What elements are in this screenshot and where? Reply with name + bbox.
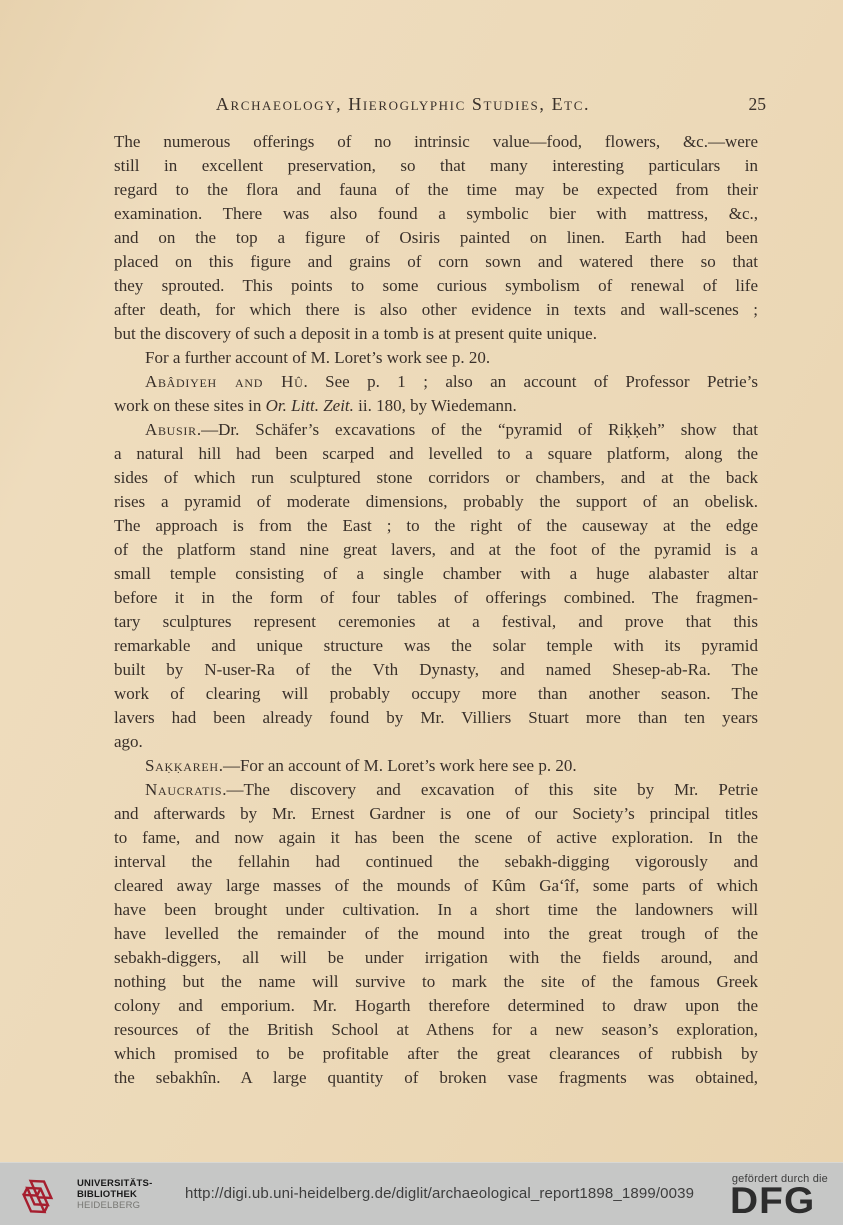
text-line: Naucratis.—The discovery and excavation … [114,778,758,802]
library-name-line3: HEIDELBERG [77,1200,152,1211]
text-segment: built by N-user-Ra of the Vth Dynasty, a… [114,660,758,679]
text-line: Abusir.—Dr. Schäfer’s excavations of the… [114,418,758,442]
text-segment: work on these sites in [114,396,266,415]
text-segment-smallcaps: Abusir [145,420,197,439]
text-line: colony and emporium. Mr. Hogarth therefo… [114,994,758,1018]
text-line: Saḳḳareh.—For an account of M. Loret’s w… [114,754,758,778]
text-segment: rises a pyramid of moderate dimensions, … [114,492,758,511]
text-segment: sides of which run sculptured stone corr… [114,468,758,487]
text-line: ago. [114,730,758,754]
dfg-funding-block: gefördert durch die DFG [730,1173,843,1216]
text-segment: and on the top a figure of Osiris painte… [114,228,758,247]
text-segment: tary sculptures represent ceremonies at … [114,612,758,631]
text-segment: The numerous offerings of no intrinsic v… [114,132,758,151]
text-segment: For a further account of M. Loret’s work… [145,348,490,367]
text-line: before it in the form of four tables of … [114,586,758,610]
text-line: the sebakhîn. A large quantity of broken… [114,1066,758,1090]
text-line: have been brought under cultivation. In … [114,898,758,922]
text-segment: before it in the form of four tables of … [114,588,758,607]
text-segment: have levelled the remainder of the mound… [114,924,758,943]
page-title: Archaeology, Hieroglyphic Studies, Etc. [113,94,693,115]
text-line: a natural hill had been scarped and leve… [114,442,758,466]
text-line: and on the top a figure of Osiris painte… [114,226,758,250]
library-name-line2: BIBLIOTHEK [77,1189,152,1200]
text-segment: after death, for which there is also oth… [114,300,758,319]
text-line: which promised to be profitable after th… [114,1042,758,1066]
text-line: examination. There was also found a symb… [114,202,758,226]
text-segment: which promised to be profitable after th… [114,1044,758,1063]
text-segment: .—The discovery and excavation of this s… [222,780,758,799]
text-line: regard to the flora and fauna of the tim… [114,178,758,202]
text-segment: they sprouted. This points to some curio… [114,276,758,295]
text-line: have levelled the remainder of the mound… [114,922,758,946]
text-line: to fame, and now again it has been the s… [114,826,758,850]
text-line: The approach is from the East ; to the r… [114,514,758,538]
text-segment: resources of the British School at Athen… [114,1020,758,1039]
text-segment: small temple consisting of a single cham… [114,564,758,583]
text-line: remarkable and unique structure was the … [114,634,758,658]
text-segment: lavers had been already found by Mr. Vil… [114,708,758,727]
text-line: sebakh-diggers, all will be under irriga… [114,946,758,970]
text-segment: but the discovery of such a deposit in a… [114,324,597,343]
library-name-line1: UNIVERSITÄTS- [77,1178,152,1189]
text-line: lavers had been already found by Mr. Vil… [114,706,758,730]
ub-heidelberg-books-icon [17,1171,69,1217]
scanned-book-page: Archaeology, Hieroglyphic Studies, Etc. … [0,0,843,1225]
text-segment: sebakh-diggers, all will be under irriga… [114,948,758,967]
text-segment: ii. 180, by Wiedemann. [354,396,517,415]
library-name: UNIVERSITÄTS- BIBLIOTHEK HEIDELBERG [77,1178,152,1211]
source-url: http://digi.ub.uni-heidelberg.de/diglit/… [185,1185,694,1202]
running-header: Archaeology, Hieroglyphic Studies, Etc. … [113,94,768,118]
text-segment: The approach is from the East ; to the r… [114,516,758,535]
text-line: small temple consisting of a single cham… [114,562,758,586]
text-segment: interval the fellahin had continued the … [114,852,758,871]
text-line: but the discovery of such a deposit in a… [114,322,758,346]
text-line: of the platform stand nine great lavers,… [114,538,758,562]
text-segment: .—For an account of M. Loret’s work here… [219,756,577,775]
text-line: work on these sites in Or. Litt. Zeit. i… [114,394,758,418]
text-line: tary sculptures represent ceremonies at … [114,610,758,634]
text-segment: work of clearing will probably occupy mo… [114,684,758,703]
digitization-footer-bar: UNIVERSITÄTS- BIBLIOTHEK HEIDELBERG http… [0,1162,843,1225]
text-line: and afterwards by Mr. Ernest Gardner is … [114,802,758,826]
text-line: rises a pyramid of moderate dimensions, … [114,490,758,514]
text-segment: have been brought under cultivation. In … [114,900,758,919]
text-line: work of clearing will probably occupy mo… [114,682,758,706]
text-line: sides of which run sculptured stone corr… [114,466,758,490]
text-segment: ago. [114,732,143,751]
text-segment-smallcaps: Naucratis [145,780,222,799]
text-segment: examination. There was also found a symb… [114,204,758,223]
text-segment: .—Dr. Schäfer’s excavations of the “pyra… [197,420,758,439]
text-segment: remarkable and unique structure was the … [114,636,758,655]
library-logo-block: UNIVERSITÄTS- BIBLIOTHEK HEIDELBERG [0,1171,175,1217]
text-line: For a further account of M. Loret’s work… [114,346,758,370]
text-segment: regard to the flora and fauna of the tim… [114,180,758,199]
text-segment: a natural hill had been scarped and leve… [114,444,758,463]
text-line: built by N-user-Ra of the Vth Dynasty, a… [114,658,758,682]
text-line: after death, for which there is also oth… [114,298,758,322]
source-url-block: http://digi.ub.uni-heidelberg.de/diglit/… [175,1185,730,1203]
text-segment: of the platform stand nine great lavers,… [114,540,758,559]
text-segment: placed on this figure and grains of corn… [114,252,758,271]
text-segment-smallcaps: Saḳḳareh [145,756,219,775]
text-line: nothing but the name will survive to mar… [114,970,758,994]
text-line: Abâdiyeh and Hû. See p. 1 ; also an acco… [114,370,758,394]
text-segment: . See p. 1 ; also an account of Professo… [304,372,758,391]
text-line: The numerous offerings of no intrinsic v… [114,130,758,154]
text-segment: colony and emporium. Mr. Hogarth therefo… [114,996,758,1015]
dfg-logo: DFG [730,1185,836,1216]
text-line: they sprouted. This points to some curio… [114,274,758,298]
text-line: still in excellent preservation, so that… [114,154,758,178]
text-segment: cleared away large masses of the mounds … [114,876,758,895]
text-segment: still in excellent preservation, so that… [114,156,758,175]
page-number: 25 [749,94,767,115]
text-segment: nothing but the name will survive to mar… [114,972,758,991]
text-segment: to fame, and now again it has been the s… [114,828,758,847]
text-segment: and afterwards by Mr. Ernest Gardner is … [114,804,758,823]
text-line: cleared away large masses of the mounds … [114,874,758,898]
text-segment-smallcaps: Abâdiyeh and Hû [145,372,304,391]
text-segment: the sebakhîn. A large quantity of broken… [114,1068,758,1087]
text-line: placed on this figure and grains of corn… [114,250,758,274]
text-line: resources of the British School at Athen… [114,1018,758,1042]
text-line: interval the fellahin had continued the … [114,850,758,874]
text-segment-italic: Or. Litt. Zeit. [266,396,354,415]
text-block: The numerous offerings of no intrinsic v… [114,130,758,1090]
